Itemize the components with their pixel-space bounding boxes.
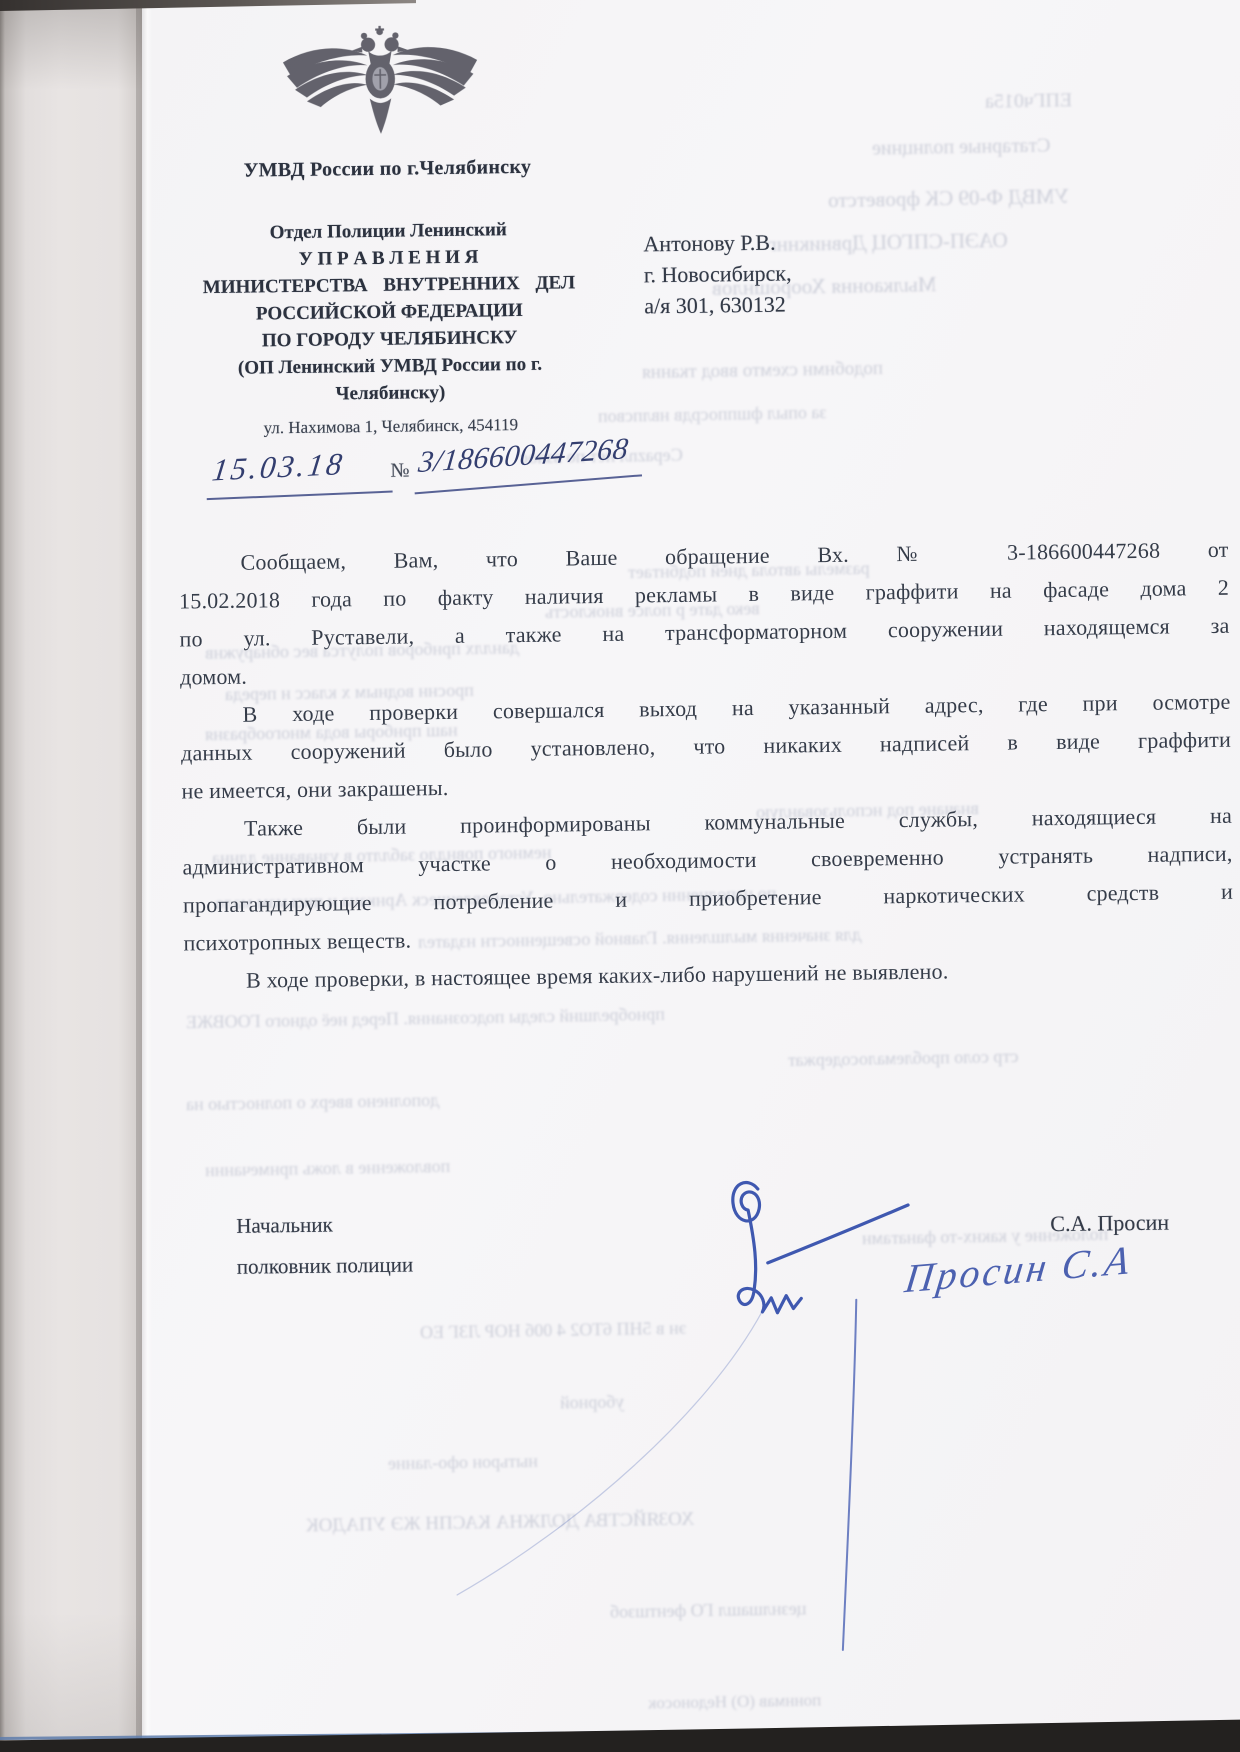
addressee-line: г. Новосибирск,	[644, 257, 792, 290]
signoff-name-printed: С.А. Просин	[1050, 1210, 1169, 1238]
addressee-line: Антонову Р.В.	[643, 226, 791, 259]
signoff-line: Начальник	[236, 1204, 413, 1247]
ref-number-sign: №	[390, 459, 409, 482]
org-address: ул. Нахимова 1, Челябинск, 454119	[176, 414, 606, 440]
department-block: Отдел Полиции ЛенинскийУ П Р А В Л Е Н И…	[167, 215, 611, 410]
addressee-line: а/я 301, 630132	[644, 288, 792, 321]
department-line: Челябинску)	[169, 377, 611, 410]
ref-date-underline	[207, 491, 393, 501]
agency-title: УМВД России по г.Челябинску	[172, 155, 602, 184]
double-headed-eagle-icon	[277, 22, 484, 139]
department-line: МИНИСТЕРСТВА ВНУТРЕННИХ ДЕЛ	[168, 269, 610, 302]
ref-number-handwritten: 3/186600447268	[417, 432, 631, 480]
signoff-line: полковник полиции	[237, 1245, 414, 1288]
addressee-block: Антонову Р.В.г. Новосибирск,а/я 301, 630…	[643, 226, 792, 321]
letter-content: УМВД России по г.Челябинску Отдел Полици…	[0, 0, 1240, 1752]
scanned-letter: ЕПГч015аСтатарные полнцниеУМВД Ф-09 СК ф…	[0, 0, 1240, 1752]
signature-name-handwritten: Просин С.А	[902, 1236, 1135, 1303]
body-text: Сообщаем, Вам, что Ваше обращение Вх. № …	[178, 531, 1234, 1001]
signoff-position: Начальникполковник полиции	[236, 1204, 413, 1288]
ref-date-handwritten: 15.03.18	[210, 446, 347, 489]
